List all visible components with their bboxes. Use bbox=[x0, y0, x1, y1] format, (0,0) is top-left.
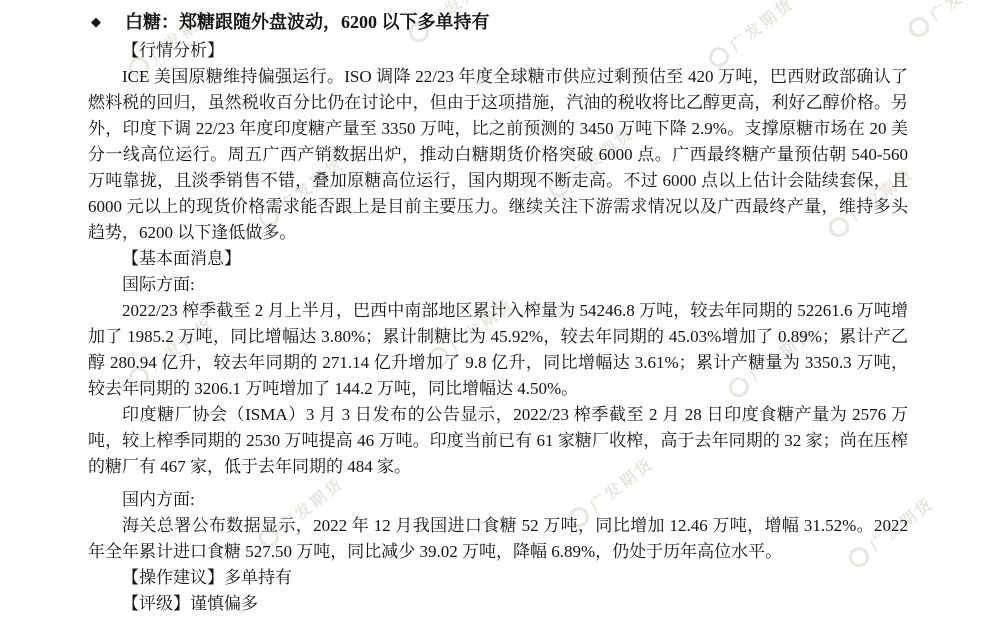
operation-advice-value: 多单持有 bbox=[224, 568, 292, 587]
operation-advice-line: 【操作建议】多单持有 bbox=[88, 565, 908, 591]
rating-value: 谨慎偏多 bbox=[190, 594, 258, 613]
section-header-market-analysis: 【行情分析】 bbox=[88, 38, 908, 64]
brand-logo-icon bbox=[905, 13, 933, 41]
domestic-label: 国内方面: bbox=[88, 487, 908, 513]
market-analysis-paragraph: ICE 美国原糖维持偏强运行。ISO 调降 22/23 年度全球糖市供应过剩预估… bbox=[88, 64, 908, 246]
watermark-text: 广发期货 bbox=[924, 0, 985, 26]
rating-line: 【评级】谨慎偏多 bbox=[88, 591, 908, 617]
report-title: 白糖：郑糖跟随外盘波动，6200 以下多单持有 bbox=[125, 12, 490, 32]
international-paragraph-1: 2022/23 榨季截至 2 月上半月，巴西中南部地区累计入榨量为 54246.… bbox=[88, 298, 908, 402]
rating-header: 【评级】 bbox=[122, 594, 190, 613]
domestic-paragraph-1: 海关总署公布数据显示，2022 年 12 月我国进口食糖 52 万吨，同比增加 … bbox=[88, 513, 908, 565]
international-paragraph-2: 印度糖厂协会（ISMA）3 月 3 日发布的公告显示，2022/23 榨季截至 … bbox=[88, 402, 908, 480]
report-body: ◆ 白糖：郑糖跟随外盘波动，6200 以下多单持有 【行情分析】 ICE 美国原… bbox=[88, 8, 908, 617]
brand-watermark: 广发期货 bbox=[904, 0, 985, 42]
section-header-fundamentals: 【基本面消息】 bbox=[88, 246, 908, 272]
diamond-bullet-icon: ◆ bbox=[91, 8, 101, 36]
report-title-line: ◆ 白糖：郑糖跟随外盘波动，6200 以下多单持有 bbox=[88, 8, 908, 36]
international-label: 国际方面: bbox=[88, 272, 908, 298]
operation-advice-header: 【操作建议】 bbox=[122, 568, 224, 587]
